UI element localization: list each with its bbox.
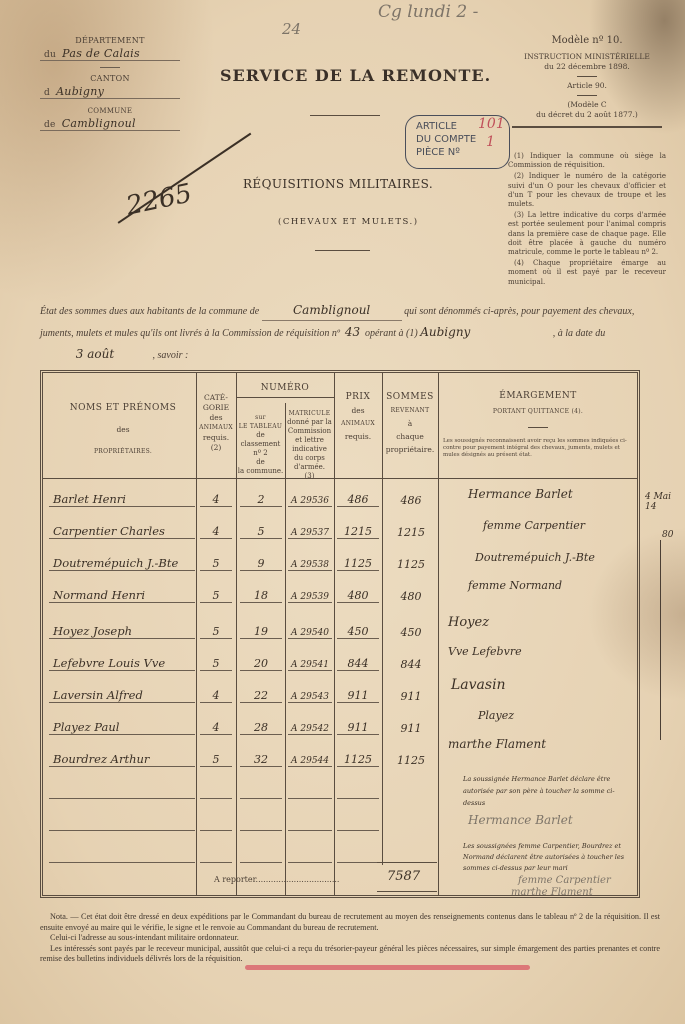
commune-input: Camblignoul <box>262 300 402 321</box>
piece-number: 1 <box>486 136 495 149</box>
pencil-page-number: 24 <box>282 20 301 38</box>
canton-field: dAubigny <box>40 85 180 99</box>
signature: Hermance Barlet <box>468 813 573 827</box>
requisitions-subtitle: (CHEVAUX ET MULETS.) <box>278 217 419 227</box>
departement-label: DÉPARTEMENT <box>40 36 180 45</box>
nota-section: Nota. — Cet état doit être dressé en deu… <box>40 912 660 965</box>
margin-note: 4 Mai 14 <box>645 492 685 512</box>
table-row: Doutremépuich J.-Bte 5 9 A 29538 1125 11… <box>43 545 439 575</box>
nota-paragraph-3: Les intéressés sont payés par le receveu… <box>40 944 660 965</box>
table-row: Barlet Henri 4 2 A 29536 486 486 <box>43 481 439 511</box>
header-emargement: ÉMARGEMENT PORTANT QUITTANCE (4). Les so… <box>443 391 633 459</box>
signature: marthe Flament <box>448 737 546 751</box>
table-row: Carpentier Charles 4 5 A 29537 1215 1215 <box>43 513 439 543</box>
signature: Hoyez <box>448 615 489 630</box>
handwritten-number: 2265 <box>124 178 195 221</box>
footnote-3: (3) La lettre indicative du corps d'armé… <box>508 211 666 257</box>
header-sommes: SOMMESREVENANTàchaquepropriétaire. <box>382 391 438 456</box>
nota-paragraph-2: Celui-ci l'adresse au sous-intendant mil… <box>40 933 660 944</box>
total-amount: 7587 <box>387 869 420 884</box>
margin-bracket <box>660 540 661 740</box>
signature: Lavasin <box>451 677 506 693</box>
signature: Vve Lefebvre <box>448 645 522 658</box>
authorization-note: La soussignée Hermance Barlet déclare êt… <box>463 773 633 809</box>
header-categorie: CATÉ-GORIEdesANIMAUXrequis.(2) <box>196 393 236 453</box>
etat-paragraph: État des sommes dues aux habitants de la… <box>40 300 660 366</box>
nota-paragraph-1: Nota. — Cet état doit être dressé en deu… <box>40 912 660 933</box>
signature: Playez <box>478 709 514 722</box>
table-row-empty <box>43 805 439 835</box>
commune-label: COMMUNE <box>40 107 180 115</box>
table-row: Playez Paul 4 28 A 29542 911 911 <box>43 709 439 739</box>
title-divider <box>310 115 380 116</box>
margin-note: 80 <box>662 530 673 540</box>
header-left-block: DÉPARTEMENT duPas de Calais CANTON dAubi… <box>40 36 180 131</box>
lieu-input: Aubigny <box>420 322 550 342</box>
signature: marthe Flament <box>511 887 593 898</box>
footnote-1: (1) Indiquer la commune où siège la Comm… <box>508 152 666 170</box>
modele-number: Modèle nº 10. <box>508 36 666 46</box>
account-stamp: ARTICLE DU COMPTE PIÈCE Nº 101 1 <box>405 115 510 169</box>
header-numero: NUMÉRO <box>236 383 334 398</box>
date-input: 3 août <box>40 344 150 364</box>
departement-field: duPas de Calais <box>40 47 180 61</box>
signature: Doutremépuich J.-Bte <box>475 551 595 564</box>
table-row-empty <box>43 773 439 803</box>
commission-number: 43 <box>342 322 362 342</box>
requisition-table: NOMS ET PRÉNOMS des PROPRIÉTAIRES. CATÉ-… <box>40 370 640 898</box>
footnotes: (1) Indiquer la commune où siège la Comm… <box>508 152 666 289</box>
table-row: Lefebvre Louis Vve 5 20 A 29541 844 844 <box>43 645 439 675</box>
signature: femme Carpentier <box>483 519 585 532</box>
footnote-4: (4) Chaque propriétaire émarge au moment… <box>508 259 666 287</box>
header-sur-tableau: surLE TABLEAUdeclassementnº 2dela commun… <box>236 413 285 476</box>
table-row: Normand Henri 5 18 A 29539 480 480 <box>43 577 439 607</box>
reporter-label: A reporter..............................… <box>214 875 339 884</box>
pencil-annotation-top: Cg lundi 2 - <box>378 2 478 22</box>
total-box: 7587 <box>377 862 437 892</box>
divider <box>315 250 370 251</box>
commune-field: deCamblignoul <box>40 117 180 131</box>
header-right-block: Modèle nº 10. INSTRUCTION MINISTÉRIELLE … <box>508 36 666 132</box>
red-pencil-mark <box>245 965 530 970</box>
article-number: 101 <box>478 118 505 131</box>
table-row: Bourdrez Arthur 5 32 A 29544 1125 1125 <box>43 741 439 771</box>
signature: femme Carpentier <box>518 875 611 886</box>
page-title: SERVICE DE LA REMONTE. <box>220 66 491 85</box>
signature: Hermance Barlet <box>468 487 573 501</box>
signature: femme Normand <box>468 579 562 592</box>
requisitions-title: RÉQUISITIONS MILITAIRES. <box>243 177 433 191</box>
divider <box>100 67 120 68</box>
authorization-note: Les soussignées femme Carpentier, Bourdr… <box>463 841 638 874</box>
table-row: Laversin Alfred 4 22 A 29543 911 911 <box>43 677 439 707</box>
canton-label: CANTON <box>40 74 180 83</box>
header-noms: NOMS ET PRÉNOMS des PROPRIÉTAIRES. <box>53 403 193 457</box>
header-matricule: MATRICULEdonné par laCommissionet lettre… <box>285 409 334 481</box>
table-row: Hoyez Joseph 5 19 A 29540 450 450 <box>43 613 439 643</box>
footnote-2: (2) Indiquer le numéro de la catégorie s… <box>508 172 666 209</box>
header-prix: PRIXdesANIMAUXrequis. <box>334 391 382 443</box>
